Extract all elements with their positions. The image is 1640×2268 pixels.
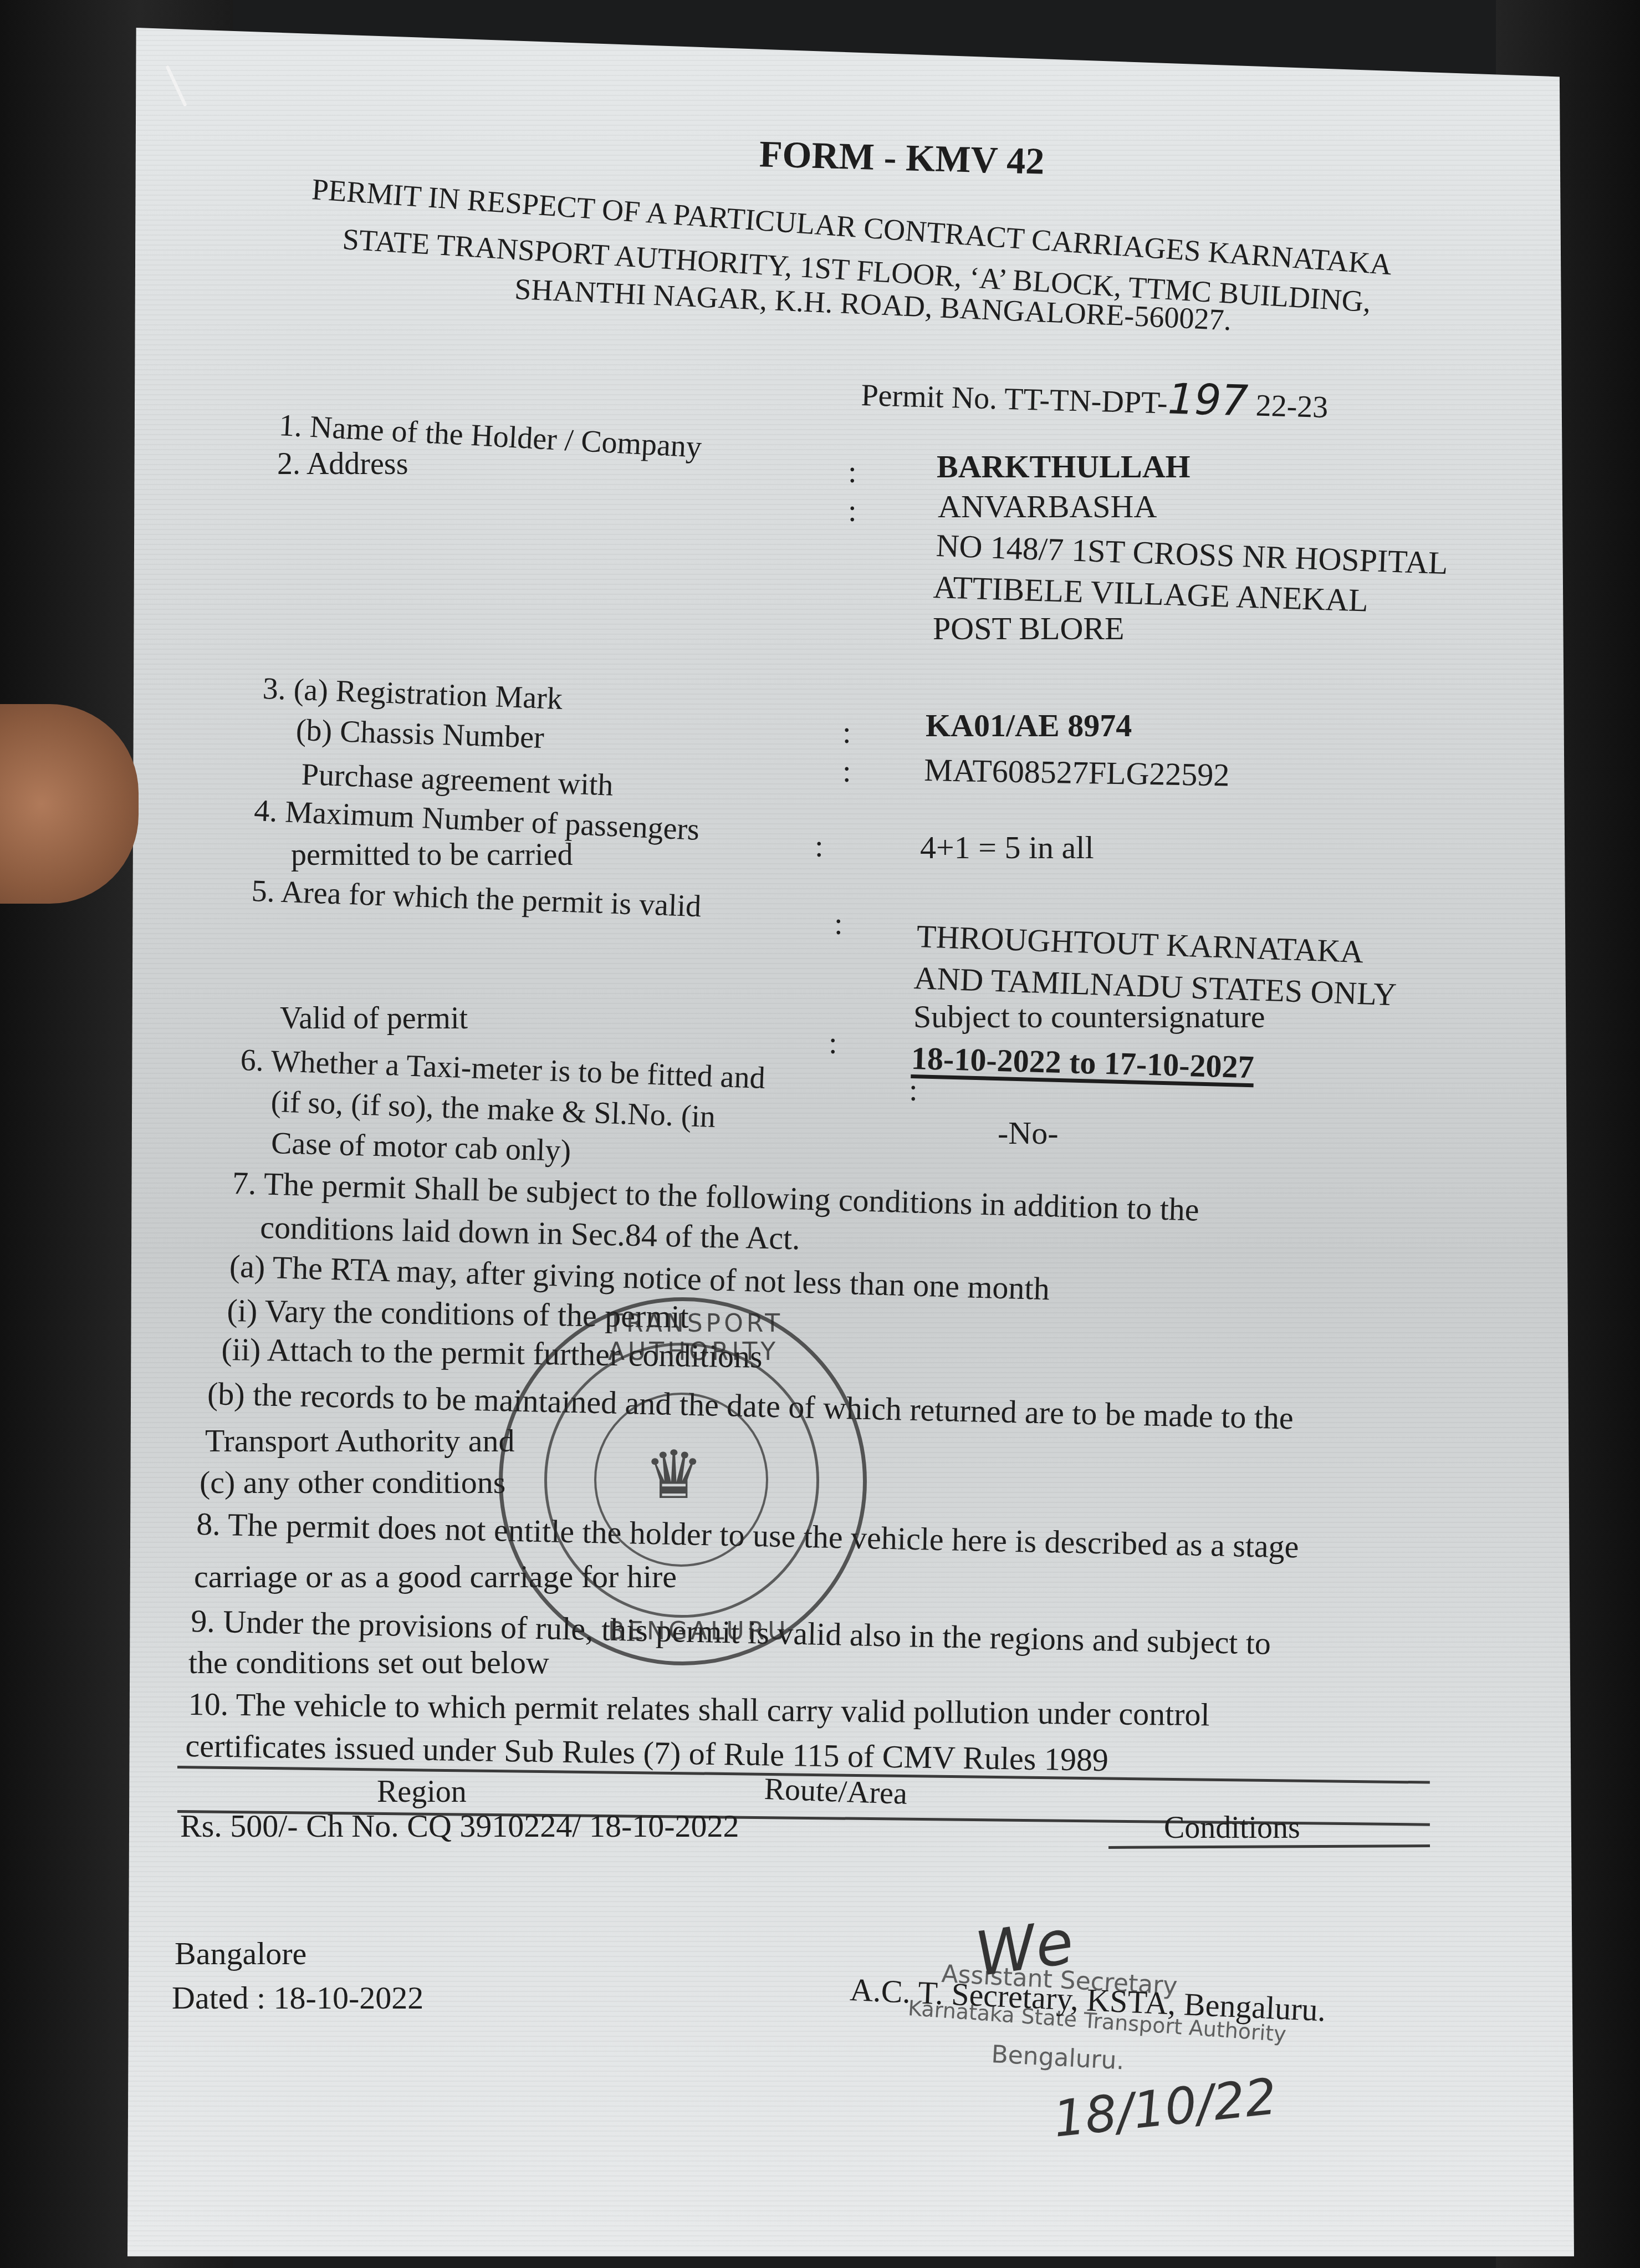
address-line-1: ANVARBASHA: [938, 488, 1157, 525]
colon: :: [848, 455, 857, 490]
passengers-label-2: permitted to be carried: [291, 837, 573, 873]
colon: :: [834, 906, 843, 942]
form-title: FORM - KMV 42: [759, 132, 1045, 183]
table-rule-bottom: [1108, 1844, 1430, 1849]
condition-line: 10. The vehicle to which permit relates …: [188, 1685, 1210, 1733]
permit-number-label: Permit No. TT-TN-DPT-: [861, 378, 1168, 420]
validity-label: Valid of permit: [280, 1001, 468, 1036]
state-emblem-icon: ♛: [644, 1437, 704, 1514]
colon: :: [842, 715, 851, 751]
condition-line: (c) any other conditions: [200, 1464, 505, 1501]
seal-top-text: TRANSPORT AUTHORITY: [608, 1309, 863, 1366]
table-header-region: Region: [377, 1774, 467, 1810]
registration-mark: KA01/AE 8974: [926, 707, 1132, 744]
handwritten-sign-date: 18/10/22: [1051, 2067, 1280, 2149]
purchase-agreement-label: Purchase agreement with: [301, 757, 614, 803]
colon: :: [848, 493, 857, 529]
table-header-route-area: Route/Area: [764, 1771, 908, 1812]
taximeter-label-line-3: Case of motor cab only): [270, 1125, 571, 1169]
signature-scribble: We: [971, 1906, 1078, 1990]
footer-date: Dated : 18-10-2022: [172, 1979, 423, 2016]
permit-document: FORM - KMV 42 PERMIT IN RESPECT OF A PAR…: [0, 0, 1640, 2268]
validity-period: 18-10-2022 to 17-10-2027: [911, 1039, 1254, 1085]
seal-bottom-text: BENGALURU: [608, 1617, 789, 1645]
condition-line: Transport Authority and: [205, 1422, 515, 1459]
table-header-conditions: Conditions: [1164, 1810, 1300, 1846]
permit-number-handwritten: 197: [1167, 374, 1249, 425]
footer-place: Bangalore: [175, 1935, 306, 1972]
colon: :: [909, 1073, 918, 1108]
fee-receipt-line: Rs. 500/- Ch No. CQ 3910224/ 18-10-2022: [180, 1807, 739, 1844]
taximeter-value: -No-: [998, 1114, 1059, 1151]
area-value-line-3: Subject to countersignature: [913, 998, 1265, 1035]
official-seal-stamp: ♛ TRANSPORT AUTHORITY BENGALURU: [499, 1297, 867, 1665]
condition-line: the conditions set out below: [188, 1644, 549, 1681]
condition-line: certificates issued under Sub Rules (7) …: [185, 1727, 1109, 1778]
permit-number-year: 22-23: [1255, 389, 1329, 425]
permit-number: Permit No. TT-TN-DPT-197 22-23: [861, 366, 1329, 427]
chassis-label: (b) Chassis Number: [295, 712, 545, 756]
condition-line: conditions laid down in Sec.84 of the Ac…: [260, 1209, 801, 1257]
address-label: 2. Address: [277, 446, 408, 482]
colon: :: [815, 829, 824, 864]
holder-name: BARKTHULLAH: [937, 448, 1191, 485]
passengers-value: 4+1 = 5 in all: [920, 829, 1094, 866]
seal-line-bengaluru: Bengaluru.: [990, 2040, 1125, 2075]
colon: :: [842, 754, 851, 789]
chassis-number: MAT608527FLG22592: [924, 751, 1230, 794]
registration-label: 3. (a) Registration Mark: [262, 671, 563, 717]
colon: :: [829, 1026, 837, 1061]
area-label: 5. Area for which the permit is valid: [251, 873, 702, 924]
address-line-4: POST BLORE: [933, 610, 1124, 647]
